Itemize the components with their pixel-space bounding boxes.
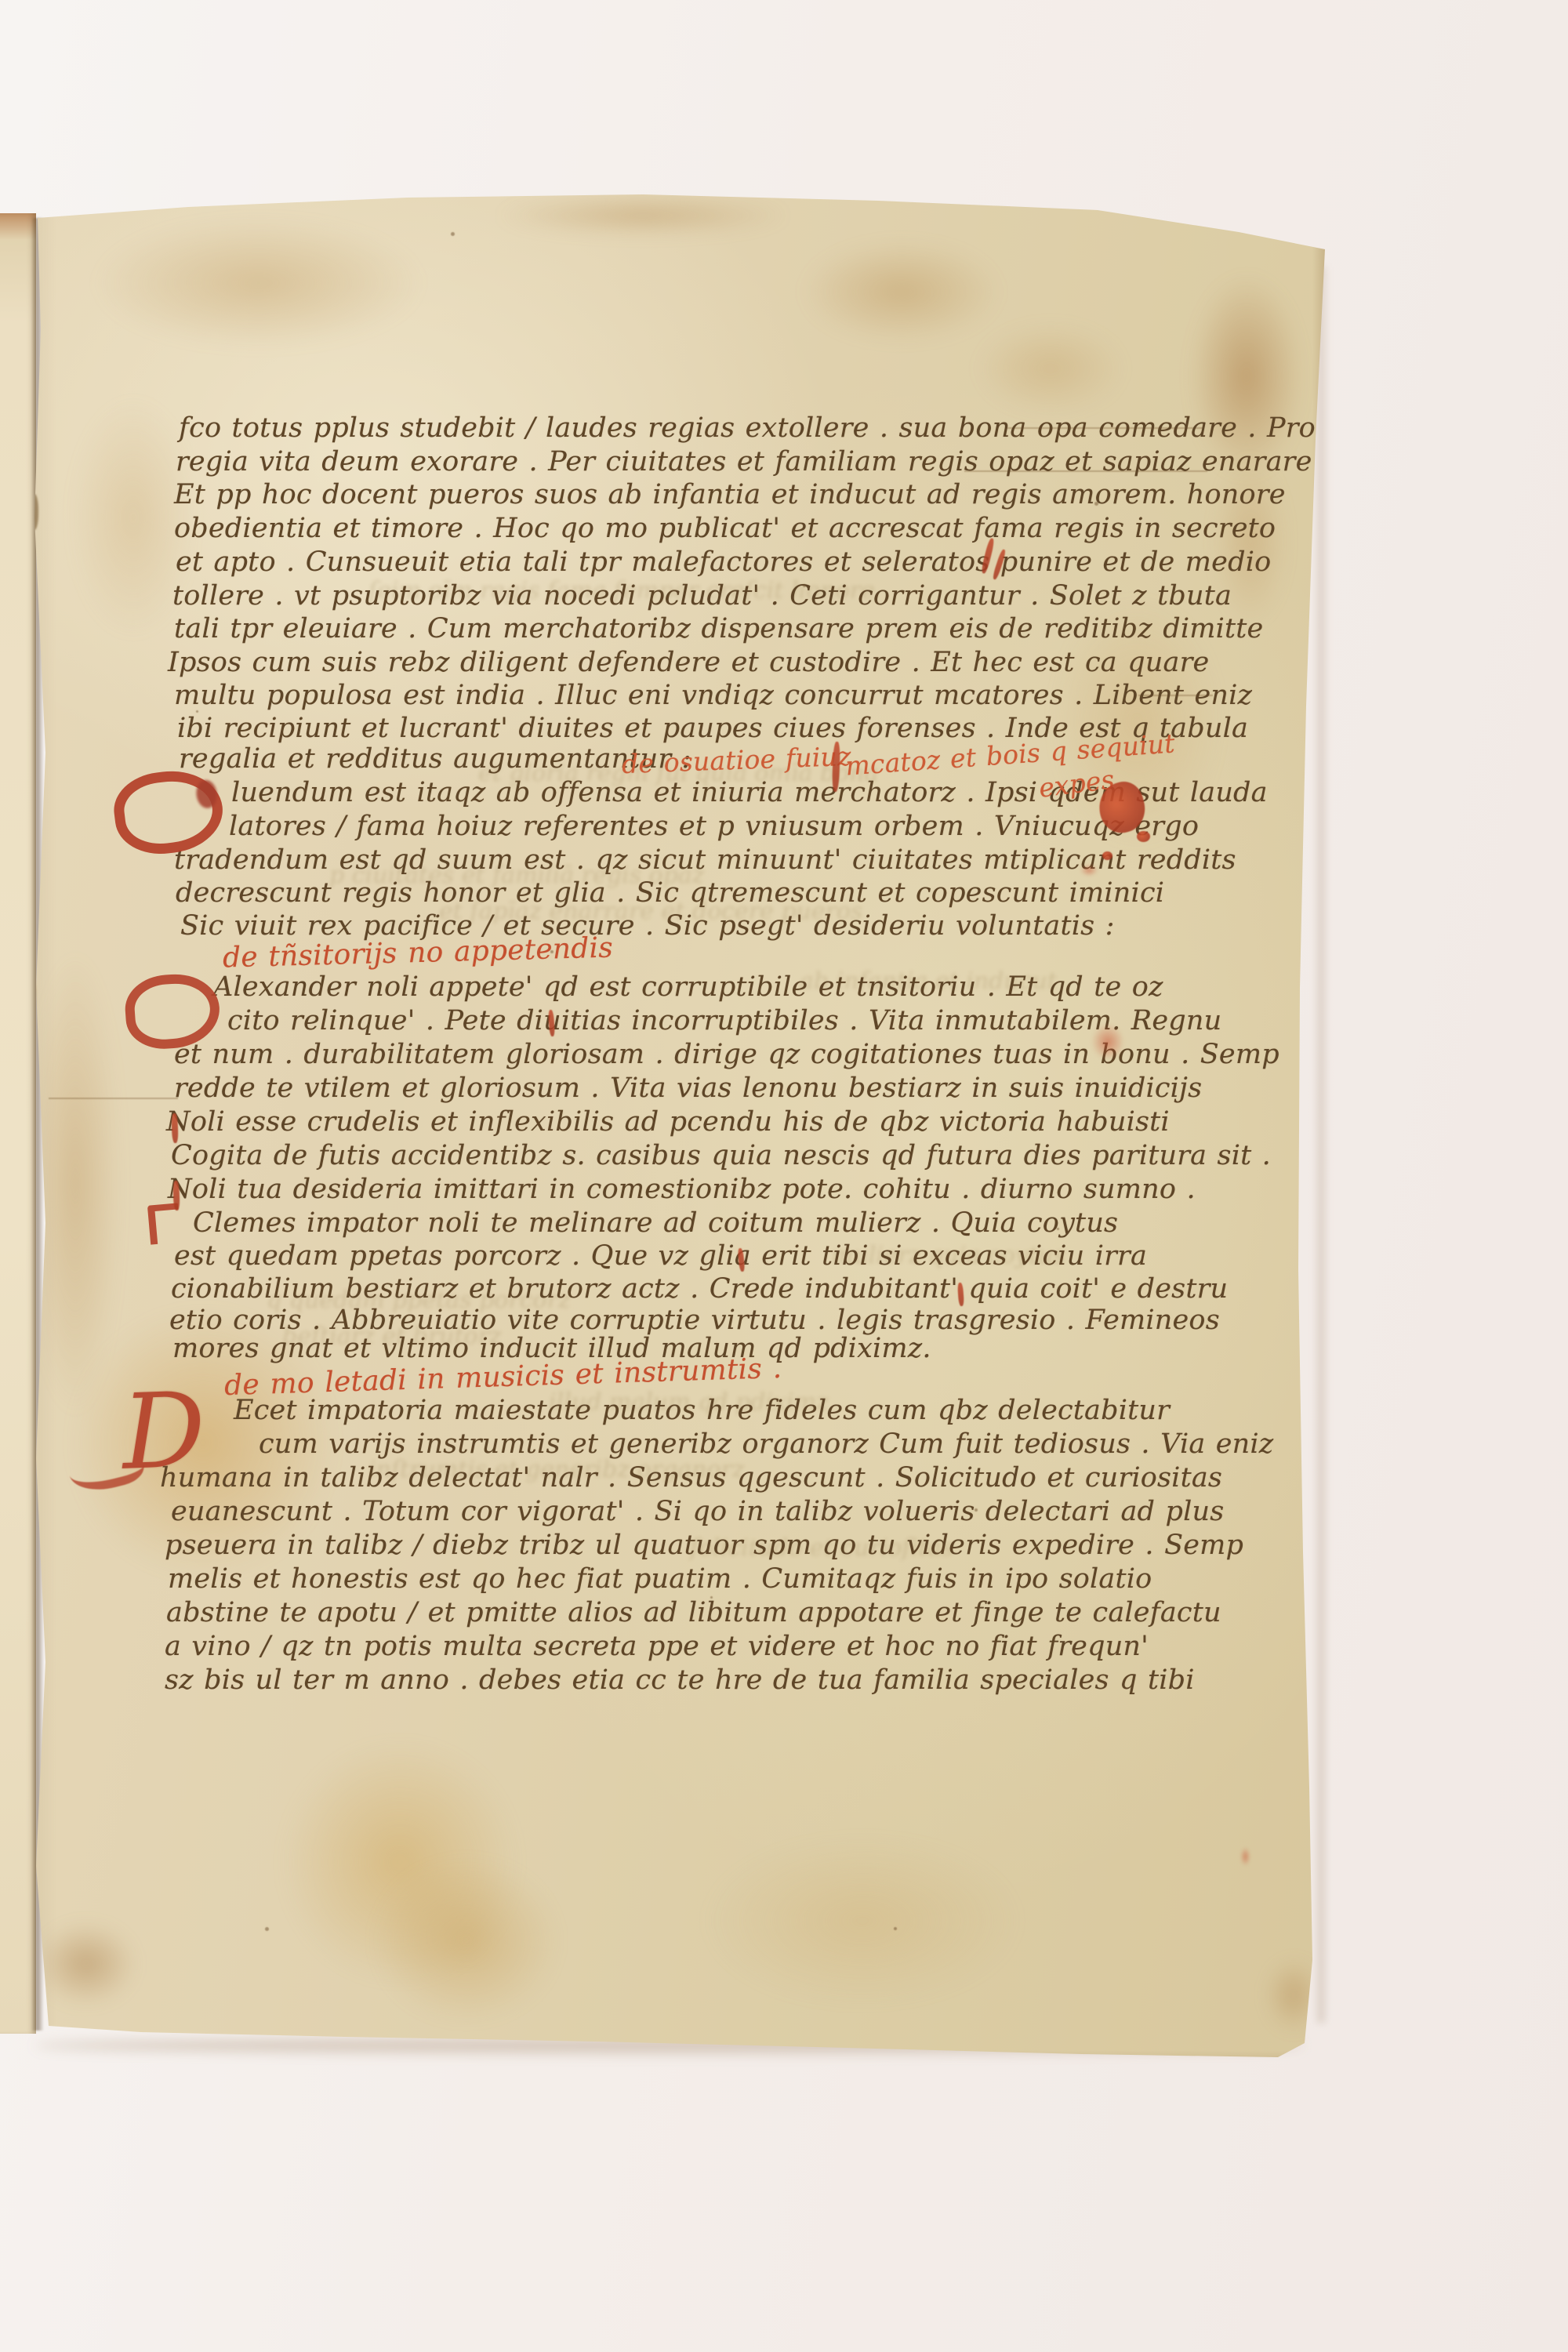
rubric-margin-expes: expes <box>1037 765 1116 803</box>
red-touch-que <box>737 1248 745 1272</box>
stain-bottom-round <box>337 1827 596 2054</box>
text-line-3: Et pp hoc docent pueros suos ab infantia… <box>174 480 1286 510</box>
text-line-21: Noli esse crudelis et inflexibilis ad pc… <box>166 1107 1170 1138</box>
text-line-32: euanescunt . Totum cor vigorat' . Si qo … <box>171 1497 1224 1527</box>
stain-top-right-corner <box>1168 235 1325 517</box>
ink-speck <box>894 1927 897 1930</box>
ink-speck <box>196 710 198 713</box>
text-line-1: fco totus pplus studebit / laudes regias… <box>179 413 1316 444</box>
text-line-31: humana in talibz delectat' nalr . Sensus… <box>160 1463 1222 1494</box>
bleedthrough-line: inſtrumtis et generibz organorz <box>368 1457 745 1483</box>
text-line-8: Ipsos cum suis rebz diligent defendere e… <box>168 648 1209 678</box>
text-line-18: cito relinque' . Pete diuitias incorrupt… <box>227 1006 1221 1036</box>
stain-upper-blob <box>764 221 1039 362</box>
text-line-11: regalia et redditus augumentantur : <box>179 744 691 775</box>
faint-rule <box>49 1098 178 1099</box>
text-line-27: etio coris . Abbreuiatio vite corruptie … <box>169 1305 1220 1336</box>
text-line-23: Noli tua desideria imittari in comestion… <box>168 1174 1196 1205</box>
manuscript-photo: ſeim oīm regis fama ſemper creſcit honor… <box>0 0 1568 2352</box>
ink-speck <box>975 1508 978 1512</box>
manuscript-page: ſeim oīm regis fama ſemper creſcit honor… <box>0 0 1333 2070</box>
text-line-22: Cogita de futis accidentibz s. casibus q… <box>171 1141 1271 1171</box>
rubric-margin-mercatores: mcatoz et bois q sequiut <box>844 729 1176 781</box>
text-line-10: ibi recipiunt et lucrant' diuites et pau… <box>177 713 1248 744</box>
text-line-30: cum varijs instrumtis et generibz organo… <box>259 1429 1273 1460</box>
bleedthrough-line: beſtiarz et brutorz <box>282 1323 502 1349</box>
stain-right-edge <box>1200 423 1301 659</box>
text-line-7: tali tpr eleuiare . Cum merchatoribz dis… <box>174 614 1263 644</box>
rubric-de-modo-letandi: de mo letadi in musicis et instrumtis . <box>224 1353 782 1402</box>
stain-left-upper <box>47 353 220 682</box>
bleedthrough-line: ſolicitudo et curioſitas <box>690 1535 953 1561</box>
red-splatter-dot <box>1102 851 1112 860</box>
bleedthrough-line: mulierz quia coytus <box>831 1243 1065 1269</box>
text-line-29: Ecet impatoria maiestate puatos hre fide… <box>234 1396 1170 1426</box>
text-line-34: melis et honestis est qo hec fiat puatim… <box>168 1564 1152 1595</box>
red-margin-tick <box>992 549 1007 580</box>
ink-speck <box>1057 1228 1059 1230</box>
text-line-28: mores gnat et vltimo inducit illud malum… <box>172 1334 931 1364</box>
text-line-26: cionabilium bestiarz et brutorz actz . C… <box>171 1274 1228 1305</box>
text-line-15: decrescunt regis honor et glia . Sic qtr… <box>176 878 1164 909</box>
text-line-20: redde te vtilem et gloriosum . Vita vias… <box>174 1073 1202 1104</box>
initial-O-ring-2 <box>123 971 222 1051</box>
red-touch-noli-1 <box>171 1113 178 1143</box>
text-line-6: tollere . vt psuptoribz via nocedi pclud… <box>172 581 1232 612</box>
text-line-19: et num . durabilitatem gloriosam . dirig… <box>174 1040 1279 1070</box>
text-line-14: tradendum est qd suum est . qz sicut min… <box>174 845 1236 876</box>
bleedthrough-line: illud malum qd pdiximz <box>549 1389 829 1415</box>
bleedthrough-line: p ciuitates et familiā regis opaz <box>329 862 705 888</box>
faint-rule <box>1138 695 1213 696</box>
page-right-shadow <box>1317 267 1325 2023</box>
text-line-16: Sic viuit rex pacifice / et secure . Sic… <box>180 911 1115 942</box>
red-touch-crede <box>957 1283 964 1306</box>
bleedthrough-line: q quedam ppetas porcorz <box>267 1287 571 1313</box>
stain-upper-right <box>949 306 1152 431</box>
rubric-de-transitoriis: de tñsitorijs no appetendis <box>223 932 614 974</box>
text-line-5: et apto . Cunsueuit etia tali tpr malefa… <box>176 547 1271 578</box>
text-line-36: a vino / qz tn potis multa secreta ppe e… <box>165 1632 1149 1662</box>
stain-top-left <box>31 193 486 373</box>
text-line-33: pseuera in talibz / diebz tribz ul quatu… <box>165 1530 1243 1561</box>
text-line-17: Alexander noli appete' qd est corruptibi… <box>213 972 1163 1003</box>
faint-rule <box>964 470 1207 472</box>
bleedthrough-line: et gloria regni ſui quia omīa bona <box>478 760 878 786</box>
text-line-2: regia vita deum exorare . Per ciuitates … <box>176 447 1312 477</box>
red-splatter-blob <box>1094 778 1151 838</box>
text-line-37: sz bis ul ter m anno . debes etia cc te … <box>165 1665 1195 1696</box>
text-line-24: Clemes impator noli te melinare ad coitu… <box>193 1208 1118 1239</box>
red-splatter-dot <box>1137 831 1150 842</box>
text-line-13: latores / fama hoiuz referentes et p vni… <box>229 811 1199 842</box>
red-margin-tick <box>981 538 996 575</box>
ink-speck <box>803 584 806 587</box>
ink-speck <box>1094 502 1098 506</box>
bleedthrough-line: et ſapīaz enarrare et docere pueros <box>439 898 862 924</box>
red-smudge-small <box>1077 862 1101 878</box>
stain-top-edge-mid <box>439 188 847 243</box>
ink-speck <box>265 1927 269 1931</box>
text-line-35: abstine te apotu / et pmitte alios ad li… <box>166 1598 1221 1628</box>
red-insertion-stroke <box>832 742 840 792</box>
initial-O-ring-1 <box>110 765 227 859</box>
stain-bottom-left <box>235 1693 564 2031</box>
faint-rule <box>1007 427 1203 429</box>
text-line-4: obedientia et timore . Hoc qo mo publica… <box>174 514 1276 544</box>
red-paragraph-mark <box>147 1203 181 1244</box>
ink-speck <box>550 950 554 953</box>
stain-bottom-mid <box>643 1803 1082 2038</box>
ink-speck <box>451 232 455 236</box>
ink-speck <box>710 1596 713 1599</box>
stain-right-mid <box>1019 549 1254 894</box>
bleedthrough-line: ab infantia et inducut <box>800 968 1057 994</box>
red-smudge-edge-bottom <box>1239 1844 1252 1869</box>
red-touch-pete <box>548 1010 555 1036</box>
initial-blotch <box>194 779 218 809</box>
text-line-25: est quedam ppetas porcorz . Que vz glia … <box>174 1241 1147 1272</box>
rubric-margin-observatione: de osuatioe fuiuz <box>621 742 851 779</box>
text-line-12: luendum est itaqz ab offensa et iniuria … <box>231 778 1268 808</box>
red-smudge-margin <box>1086 1018 1130 1066</box>
text-line-9: multu populosa est india . Illuc eni vnd… <box>174 681 1252 711</box>
bleedthrough-line: ſeim oīm regis fama ſemper creſcit honor… <box>368 578 875 604</box>
